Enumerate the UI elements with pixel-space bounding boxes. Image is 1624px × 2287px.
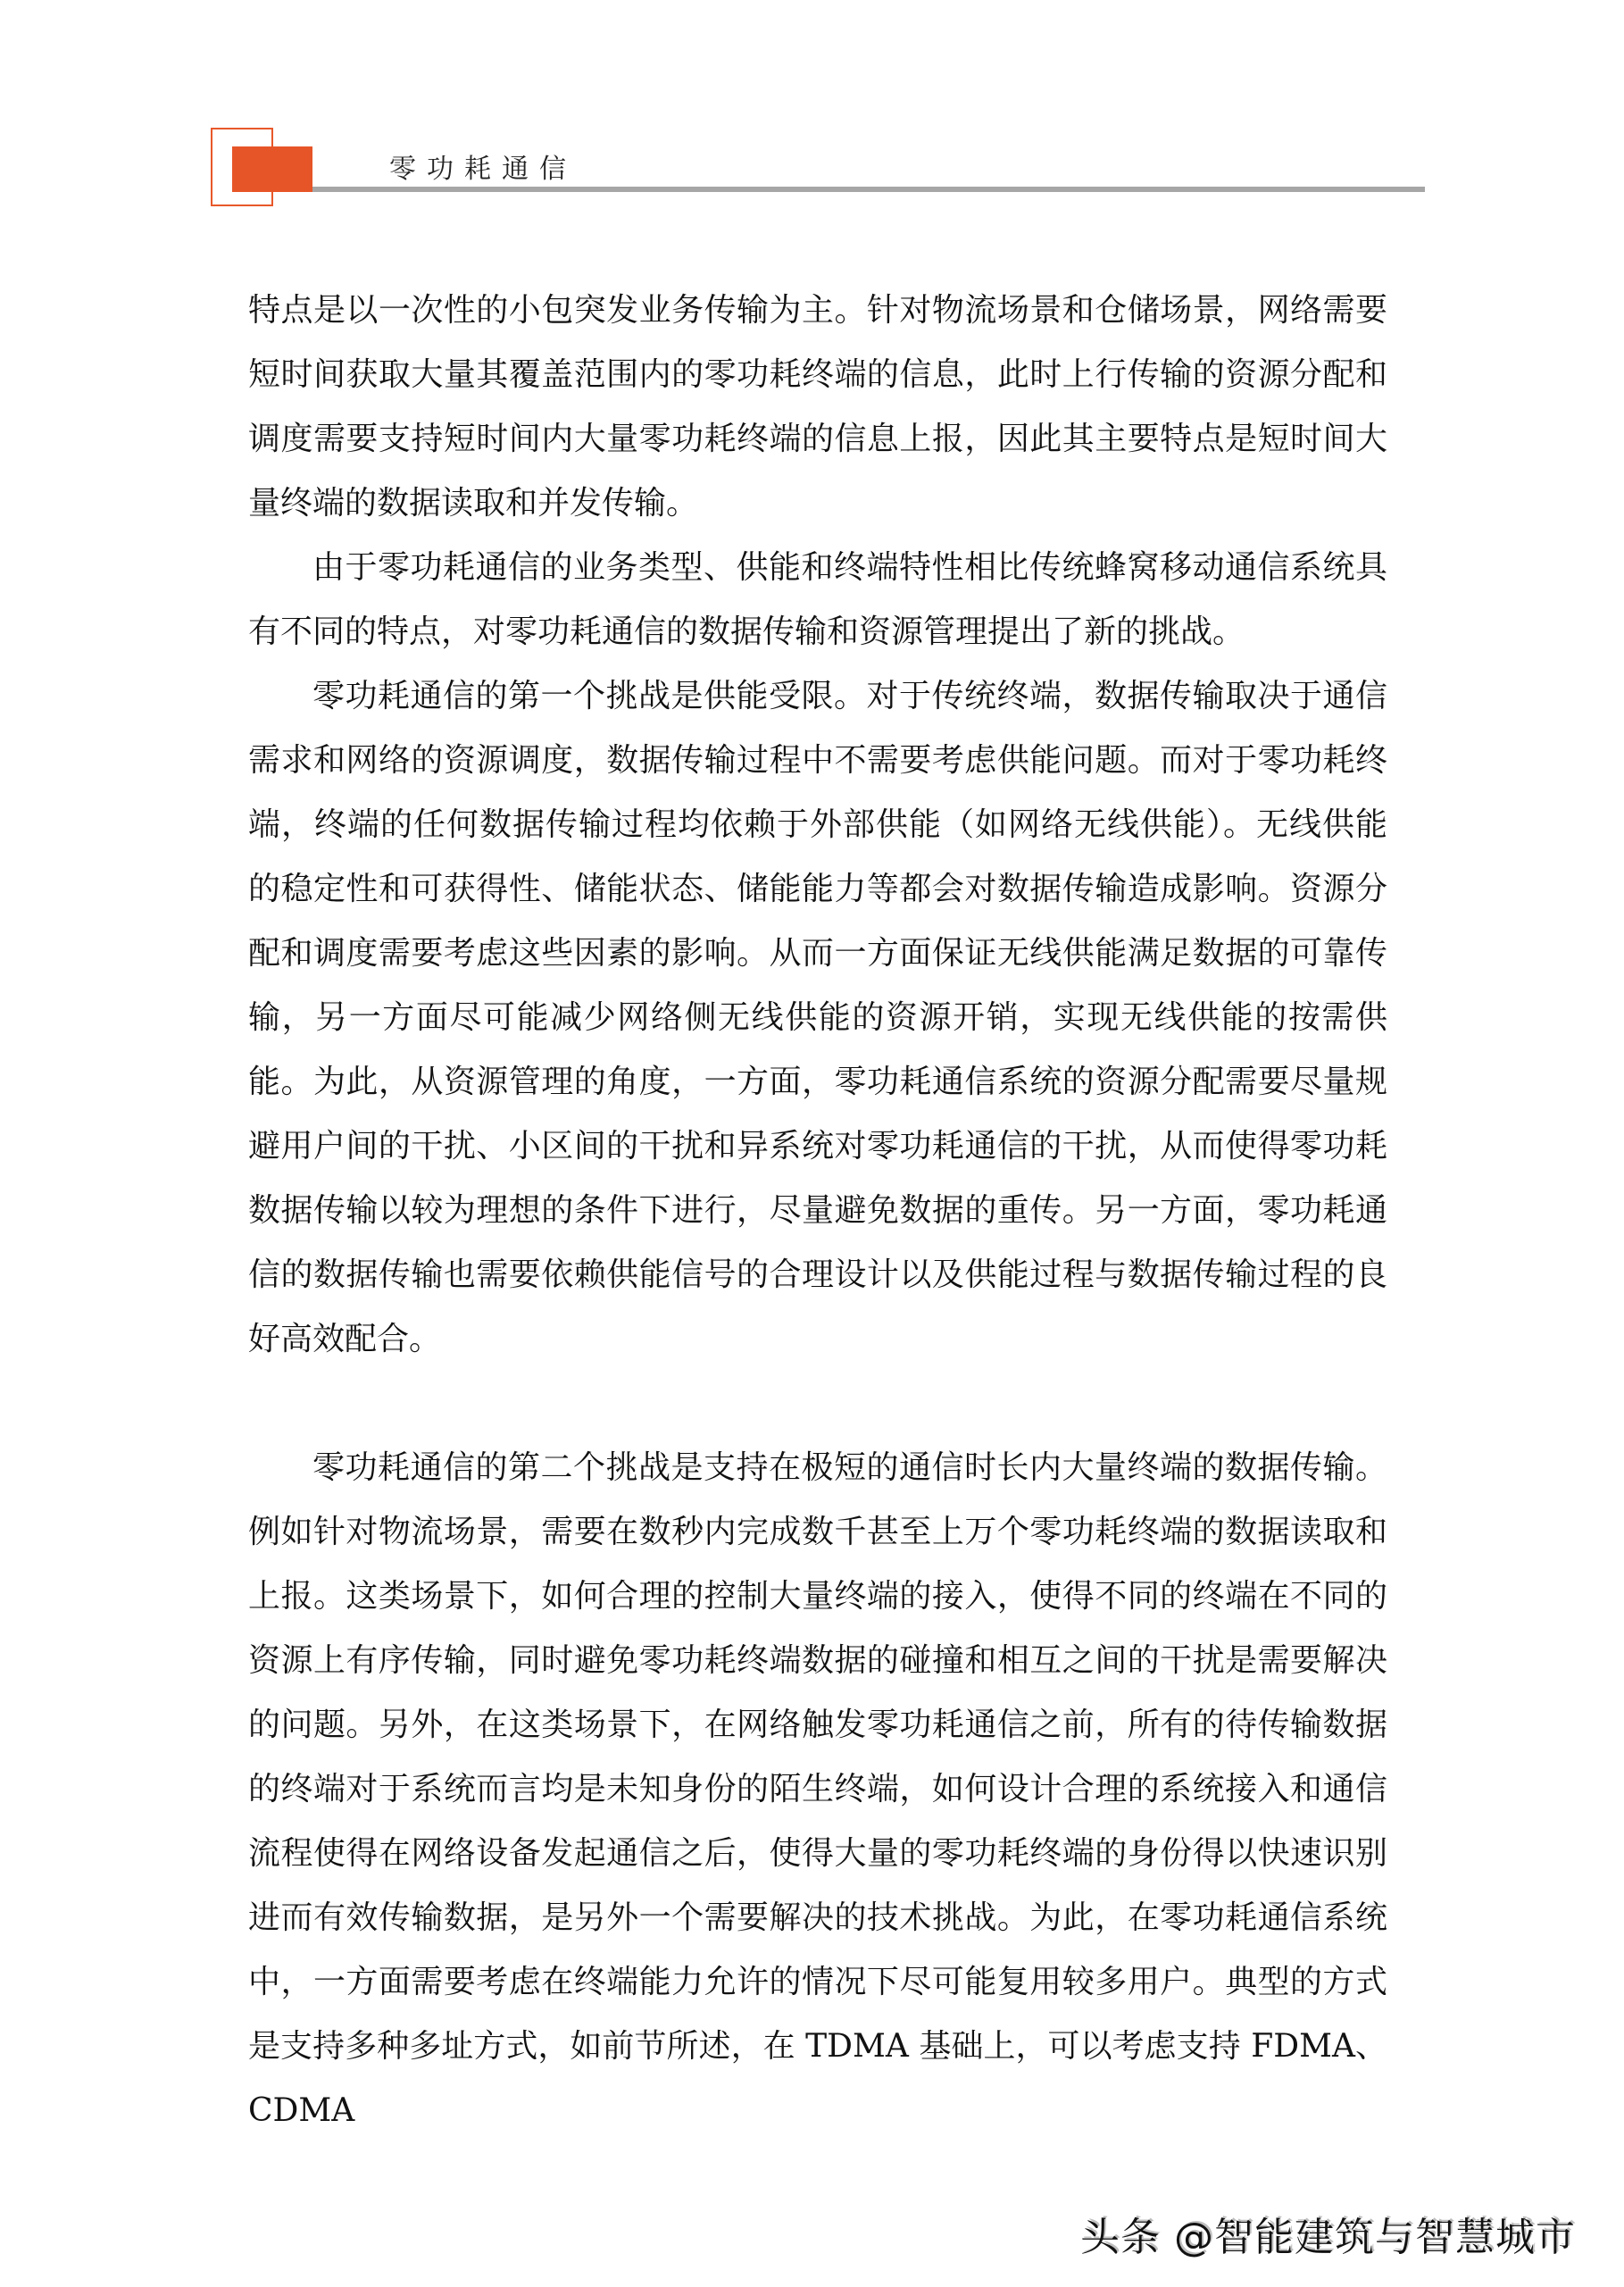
running-header-title: 零功耗通信 (389, 152, 577, 188)
source-watermark: 头条 @智能建筑与智慧城市 (1080, 2213, 1576, 2263)
paragraph-3: 零功耗通信的第一个挑战是供能受限。对于传统终端，数据传输取决于通信需求和网络的资… (248, 664, 1387, 1372)
header-accent-block (232, 146, 312, 192)
body-text: 特点是以一次性的小包突发业务传输为主。针对物流场景和仓储场景，网络需要短时间获取… (248, 279, 1387, 2143)
paragraph-2: 由于零功耗通信的业务类型、供能和终端特性相比传统蜂窝移动通信系统具有不同的特点，… (248, 536, 1387, 664)
page-header: 零功耗通信 (0, 0, 1624, 232)
paragraph-4: 零功耗通信的第二个挑战是支持在极短的通信时长内大量终端的数据传输。例如针对物流场… (248, 1436, 1387, 2143)
paragraph-1: 特点是以一次性的小包突发业务传输为主。针对物流场景和仓储场景，网络需要短时间获取… (248, 279, 1387, 536)
